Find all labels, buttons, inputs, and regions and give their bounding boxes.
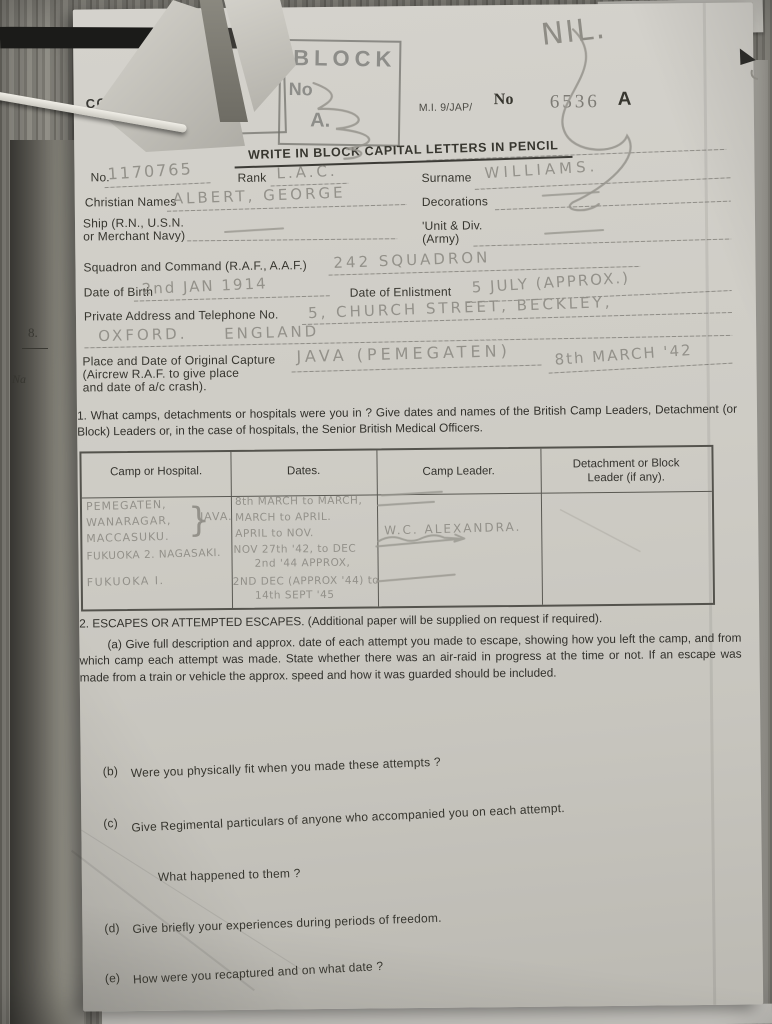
series-letter: A [618,88,632,112]
field-rule [292,365,542,373]
dates-entry: 2nd '44 APPROX, [255,557,351,570]
form-page: CONFIDENTIAL BLOCK No R.A.F. 114 BLOCK N… [73,2,763,1011]
address-value-line2: OXFORD. [98,325,188,345]
field-rule [187,238,397,241]
section-2d-label: (d) [104,921,120,937]
section-2-heading: 2. ESCAPES OR ATTEMPTED ESCAPES. (Additi… [79,609,739,632]
section-2c-label: (c) [103,816,118,832]
camp-entry: MACCASUKU. [86,530,170,545]
field-rule [473,238,731,246]
unit-dash [545,230,603,234]
underlying-page-left: 8. Na [10,140,84,1024]
capture-label-line3: and date of a/c crash). [83,379,207,395]
ship-dash [225,228,283,232]
section-2e-label: (e) [105,971,121,987]
squadron-value: 242 SQUADRON [333,248,491,272]
margin-fragment: 8. [28,325,38,341]
table-header-rule [82,491,712,499]
ink-mark [732,44,772,84]
decorations-label: Decorations [422,194,488,210]
section-2b-text: Were you physically fit when you made th… [131,755,441,781]
dates-entry: NOV 27th '42, to DEC [233,543,356,556]
camp-brace-label: JAVA. [200,510,233,523]
table-header-leader: Camp Leader. [377,465,541,481]
photo-of-document: 8. Na CONFIDENTIAL BLOCK No R.A.F. 114 B… [0,0,772,1024]
rank-label: Rank [237,171,266,186]
dates-entry: 8th MARCH to MARCH, [235,495,362,508]
table-header-block-line1: Detachment or Block [541,457,712,473]
section-2b-label: (b) [102,764,118,780]
section-2c-text: Give Regimental particulars of anyone wh… [131,801,565,836]
service-number-value: 1170765 [107,159,193,183]
field-rule [105,182,211,188]
christian-names-label: Christian Names [85,195,177,211]
address-value-line3: ENGLAND [224,322,320,343]
ship-label-line2: or Merchant Navy) [83,228,185,244]
serial-number-stamp: 6536 [550,91,600,114]
section-2c-followup: What happened to them ? [158,866,301,885]
dates-entry: APRIL to NOV. [235,527,314,540]
dates-entry: 2ND DEC (APPROX '44) to [233,574,380,588]
stamp-no-label: No [289,79,313,100]
date-of-birth-value: 2nd JAN 1914 [141,274,268,298]
section-2a-body: Give full description and approx. date o… [80,631,742,684]
table-header-block-line2: Leader (if any). [541,471,712,487]
dates-entry: 14th SEPT '45 [255,589,335,602]
capture-date-value: 8th MARCH '42 [554,341,693,369]
camp-entry: PEMEGATEN, [86,498,167,513]
table-header-camp: Camp or Hospital. [82,465,231,480]
nil-annotation: NIL. [539,11,608,53]
squadron-label: Squadron and Command (R.A.F., A.A.F.) [83,258,307,275]
rank-value: L.A.C. [276,162,338,183]
question-1-text: 1. What camps, detachments or hospitals … [77,401,737,440]
form-number-label: No [494,91,514,109]
stamp-word: BLOCK [293,45,397,73]
address-label: Private Address and Telephone No. [84,307,279,324]
stamp-letter: A. [310,109,330,132]
enlistment-label: Date of Enlistment [350,285,452,301]
christian-names-value: ALBERT, GEORGE [172,183,345,207]
capture-place-value: JAVA (PEMEGATEN) [296,341,511,366]
section-2a-text: (a) Give full description and approx. da… [79,630,741,686]
margin-rule [22,348,48,349]
field-rule [495,201,731,211]
surname-value: WILLIAMS. [484,157,599,182]
mi-reference: M.I. 9/JAP/ [419,101,473,115]
section-2e-text: How were you recaptured and on what date… [133,959,384,988]
camp-entry: WANARAGAR, [86,514,172,529]
table-header-dates: Dates. [231,464,377,479]
decorations-dash [543,192,599,196]
surname-label: Surname [421,170,471,186]
camp-leader-entry: W.C. ALEXANDRA. [384,520,521,538]
dates-entry: MARCH to APRIL. [235,511,331,524]
block-number-stamp-right: BLOCK No A. [278,39,402,147]
camp-entry: FUKUOKA I. [87,574,165,589]
unit-label-line2: (Army) [422,232,459,247]
camp-entry: FUKUOKA 2. NAGASAKI. [86,547,221,563]
camp-table: Camp or Hospital. Dates. Camp Leader. De… [79,445,715,612]
section-2a-label: (a) [107,637,122,651]
section-2d-text: Give briefly your experiences during per… [132,911,442,937]
margin-fragment: Na [12,372,26,387]
paper-crease [81,830,301,970]
